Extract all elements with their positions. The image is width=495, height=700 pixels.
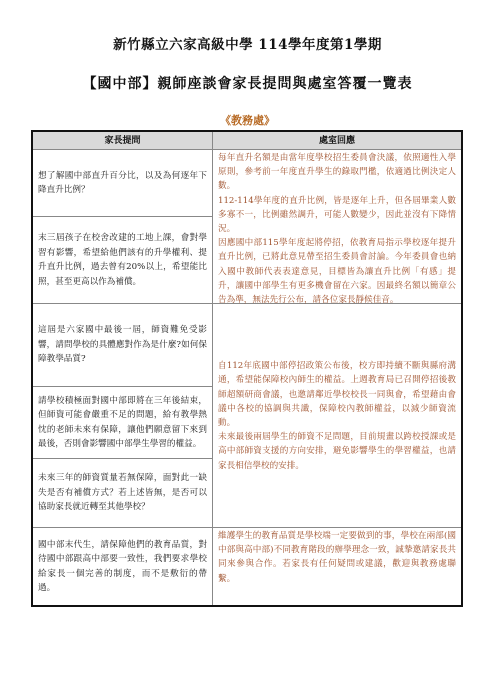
answer-text: 每年直升名額是由當年度學校招生委員會決議，依照適性入學原則，參考前一年度直升學生… bbox=[218, 151, 456, 307]
question-cell: 想了解國中部直升百分比，以及為何逐年下降直升比例？ bbox=[33, 150, 213, 217]
qa-table: 家長提問 處室回應 想了解國中部直升百分比，以及為何逐年下降直升比例？ 末三屆孩… bbox=[31, 130, 463, 607]
school-title: 新竹縣立六家高級中學 114學年度第1學期 bbox=[0, 33, 495, 53]
question-text: 末三屆孩子在校舍改建的工地上課，會對學習有影響，希望給他們該有的升學權利、提升直… bbox=[38, 231, 207, 289]
question-text: 國中部末代生，請保障他們的教育品質，對待國中部跟高中部要一致性，我們要求學校給家… bbox=[38, 538, 207, 596]
question-text: 想了解國中部直升百分比，以及為何逐年下降直升比例？ bbox=[38, 169, 207, 198]
question-cell: 這屆是六家國中最後一屆，師資難免受影響，請問學校的具體應對作為是什麼?如何保障教… bbox=[33, 304, 213, 387]
header-question: 家長提問 bbox=[33, 132, 213, 150]
question-cell: 請學校積極面對國中部即將在三年後結束，但師資可能會嚴重不足的問題，給有教學熱忱的… bbox=[33, 387, 213, 459]
answer-cell: 維護學生的教育品質是學校端一定要做到的事，學校在兩部(國中部與高中部)不同教育階… bbox=[213, 528, 461, 605]
answer-cell: 自112年底國中部停招政策公布後，校方即持續不斷與縣府溝通，希望能保障校內師生的… bbox=[213, 304, 461, 528]
answer-text: 自112年底國中部停招政策公布後，校方即持續不斷與縣府溝通，希望能保障校內師生的… bbox=[218, 359, 456, 473]
answer-text: 維護學生的教育品質是學校端一定要做到的事，學校在兩部(國中部與高中部)不同教育階… bbox=[218, 529, 456, 586]
question-cell: 未來三年的師資質量若無保障，面對此一缺失是否有補償方式？若上述皆無，是否可以協助… bbox=[33, 459, 213, 528]
question-cell: 國中部末代生，請保障他們的教育品質，對待國中部跟高中部要一致性，我們要求學校給家… bbox=[33, 528, 213, 605]
question-text: 這屆是六家國中最後一屆，師資難免受影響，請問學校的具體應對作為是什麼?如何保障教… bbox=[38, 323, 207, 367]
question-text: 未來三年的師資質量若無保障，面對此一缺失是否有補償方式？若上述皆無，是否可以協助… bbox=[38, 471, 207, 515]
question-text: 請學校積極面對國中部即將在三年後結束，但師資可能會嚴重不足的問題，給有教學熱忱的… bbox=[38, 394, 207, 452]
document-title: 【國中部】親師座談會家長提問與處室答覆一覽表 bbox=[0, 73, 495, 93]
answer-paragraph: 維護學生的教育品質是學校端一定要做到的事，學校在兩部(國中部與高中部)不同教育階… bbox=[218, 529, 456, 586]
header-answer: 處室回應 bbox=[213, 132, 461, 150]
section-label: 《教務處》 bbox=[0, 112, 495, 128]
answer-paragraph: 因應國中部115學年度起將停招，依教育局指示學校逐年提升直升比例，已將此意見帶至… bbox=[218, 236, 456, 307]
answer-cell: 每年直升名額是由當年度學校招生委員會決議，依照適性入學原則，參考前一年度直升學生… bbox=[213, 150, 461, 304]
answer-paragraph: 112-114學年度的直升比例，皆是逐年上升，但各屆畢業人數多寡不一，比例雖然調… bbox=[218, 194, 456, 237]
answer-paragraph: 自112年底國中部停招政策公布後，校方即持續不斷與縣府溝通，希望能保障校內師生的… bbox=[218, 359, 456, 430]
question-cell: 末三屆孩子在校舍改建的工地上課，會對學習有影響，希望給他們該有的升學權利、提升直… bbox=[33, 217, 213, 304]
answer-paragraph: 未來最後兩屆學生的師資不足問題，目前規畫以跨校授課或是高中部師資支援的方向安排，… bbox=[218, 430, 456, 473]
answer-paragraph: 每年直升名額是由當年度學校招生委員會決議，依照適性入學原則，參考前一年度直升學生… bbox=[218, 151, 456, 194]
